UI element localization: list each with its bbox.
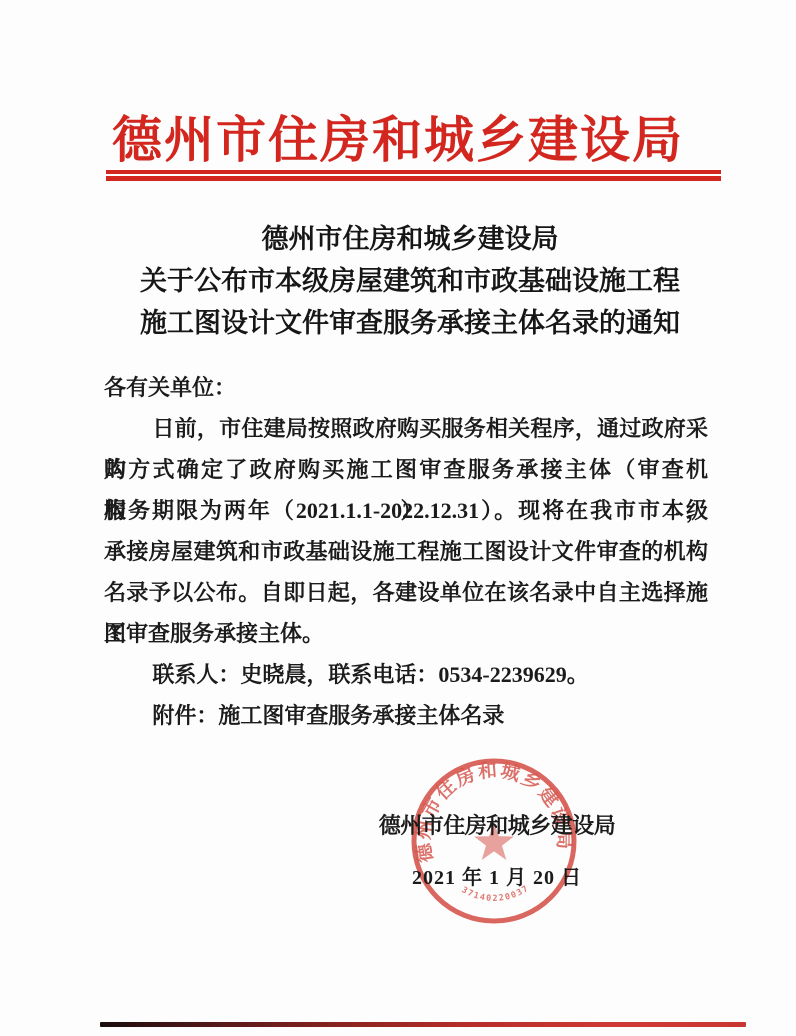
attachment-line: 附件：施工图审查服务承接主体名录 <box>104 695 708 736</box>
signature-block: 德州市住房和城乡建设局 2021 年 1 月 20 日 <box>297 809 697 890</box>
document-title-line-2: 关于公布市本级房屋建筑和市政基础设施工程 <box>110 260 710 302</box>
letterhead-agency-name: 德州市住房和城乡建设局 <box>0 100 796 172</box>
issue-date: 2021 年 1 月 20 日 <box>297 861 697 890</box>
paragraph-line: 图审查服务承接主体。 <box>104 613 708 654</box>
paragraph-line: 的方式确定了政府购买施工图审查服务承接主体（审查机构）， <box>104 449 708 490</box>
paragraph-line: 承接房屋建筑和市政基础设施工程施工图设计文件审查的机构 <box>104 531 708 572</box>
paragraph-line: 名录予以公布。自即日起，各建设单位在该名录中自主选择施工 <box>104 572 708 613</box>
document-title-line-3: 施工图设计文件审查服务承接主体名录的通知 <box>110 302 710 344</box>
document-body: 各有关单位： 日前，市住建局按照政府购买服务相关程序，通过政府采购 的方式确定了… <box>104 367 708 736</box>
contact-line: 联系人：史晓晨，联系电话：0534-2239629。 <box>104 654 708 695</box>
page-bottom-scan-line <box>100 1022 746 1027</box>
issuer-signature: 德州市住房和城乡建设局 <box>297 809 697 840</box>
paragraph-line: 服务期限为两年（2021.1.1-2022.12.31）。现将在我市市本级 <box>104 490 708 531</box>
document-title-line-1: 德州市住房和城乡建设局 <box>110 218 710 260</box>
paragraph-line: 日前，市住建局按照政府购买服务相关程序，通过政府采购 <box>104 408 708 449</box>
document-page: 德州市住房和城乡建设局 德州市住房和城乡建设局 关于公布市本级房屋建筑和市政基础… <box>0 0 796 1036</box>
document-title: 德州市住房和城乡建设局 关于公布市本级房屋建筑和市政基础设施工程 施工图设计文件… <box>110 218 710 344</box>
masthead-divider-rule <box>106 170 721 181</box>
salutation: 各有关单位： <box>104 367 708 408</box>
